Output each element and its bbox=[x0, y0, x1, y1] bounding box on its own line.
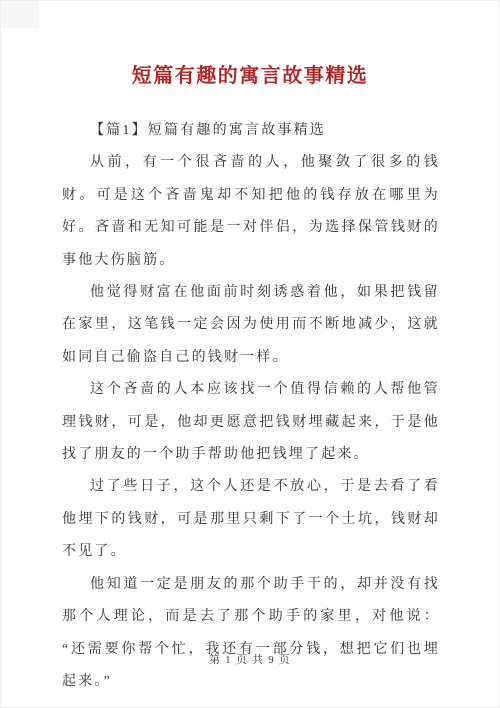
scan-corner-artifact bbox=[1, 1, 39, 28]
paragraph: 这个吝啬的人本应该找一个值得信赖的人帮他管理钱财，可是，他却更愿意把钱财埋藏起来… bbox=[62, 374, 440, 471]
page-number-label: 第 1 页 共 9 页 bbox=[1, 651, 499, 667]
document-title: 短篇有趣的寓言故事精选 bbox=[1, 59, 499, 88]
paragraph: 过了些日子，这个人还是不放心，于是去看了看他埋下的钱财，可是那里只剩下了一个土坑… bbox=[62, 471, 440, 568]
document-page: 短篇有趣的寓言故事精选 【篇1】短篇有趣的寓言故事精选 从前，有一个很吝啬的人，… bbox=[0, 0, 500, 708]
section-heading: 【篇1】短篇有趣的寓言故事精选 bbox=[62, 115, 440, 147]
paragraph: 从前，有一个很吝啬的人，他聚敛了很多的钱财。可是这个吝啬鬼却不知把他的钱存放在哪… bbox=[62, 147, 440, 277]
paragraph: 他知道一定是朋友的那个助手干的，却并没有找那个人理论，而是去了那个助手的家里，对… bbox=[62, 569, 440, 699]
document-body: 【篇1】短篇有趣的寓言故事精选 从前，有一个很吝啬的人，他聚敛了很多的钱财。可是… bbox=[62, 115, 440, 698]
paragraph: 他觉得财富在他面前时刻诱惑着他，如果把钱留在家里，这笔钱一定会因为使用而不断地减… bbox=[62, 277, 440, 374]
